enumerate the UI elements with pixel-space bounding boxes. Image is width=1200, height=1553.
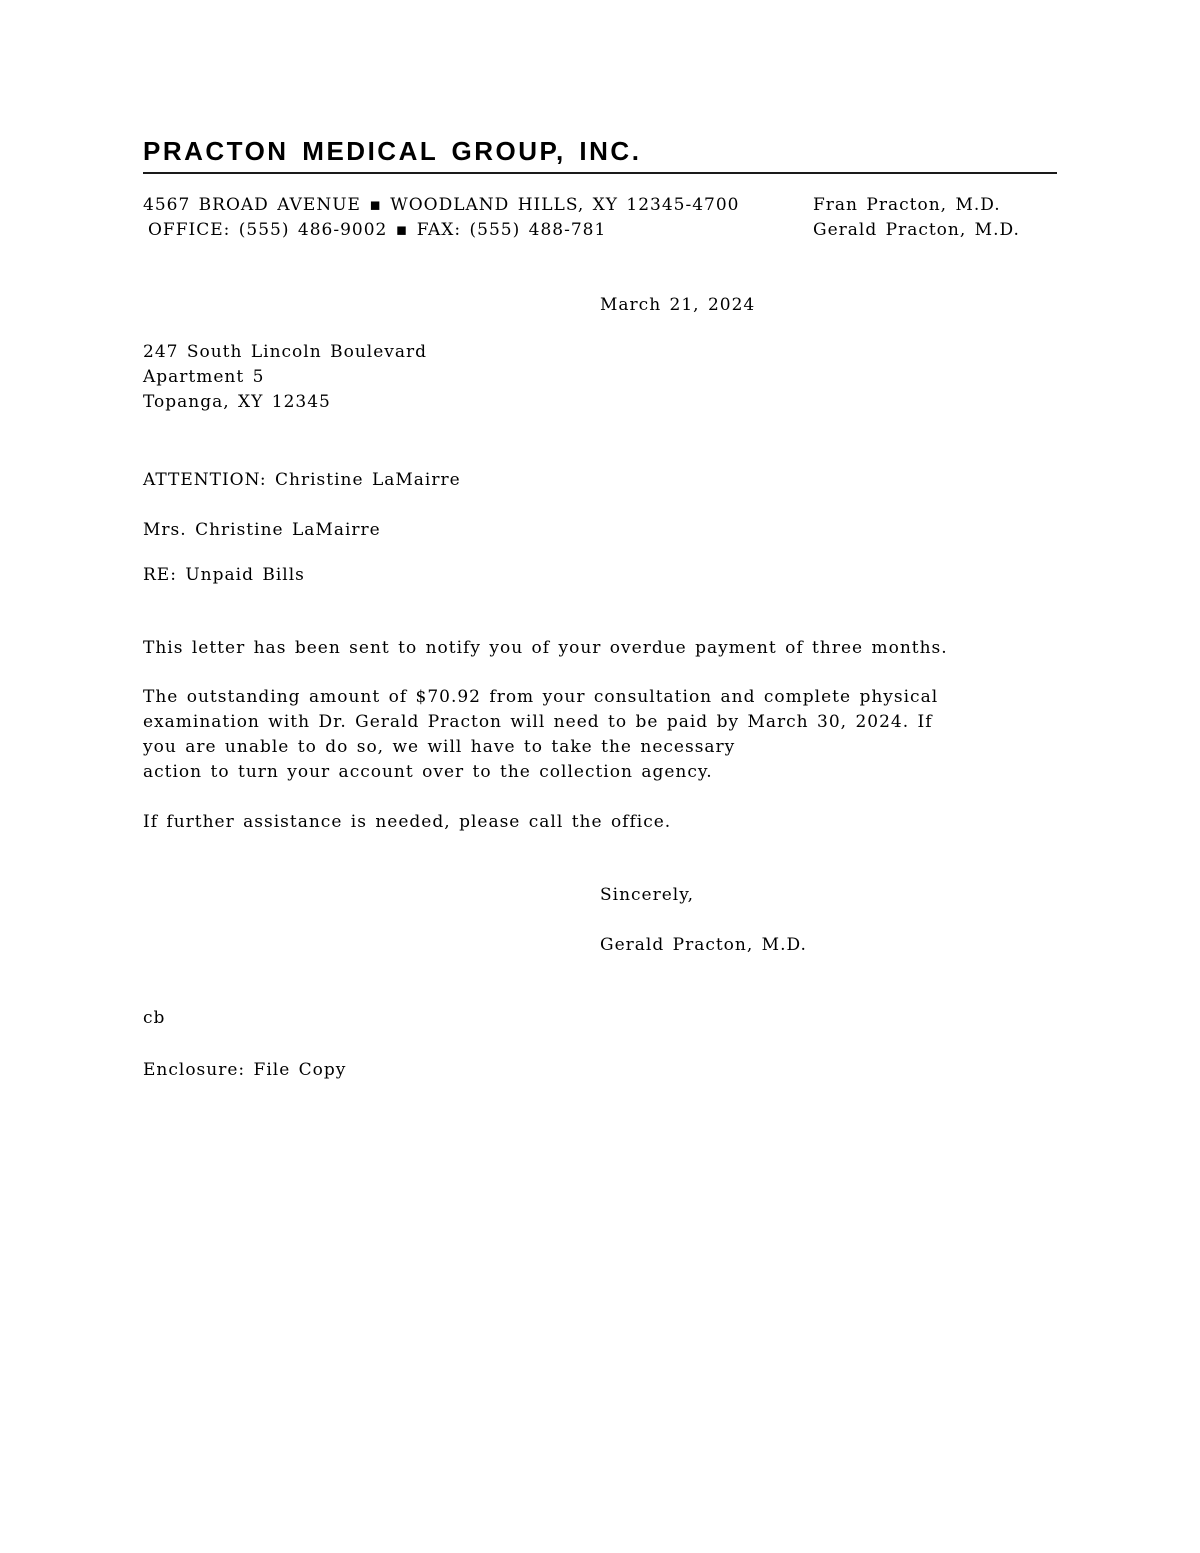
recipient-name-line: Mrs. Christine LaMairre bbox=[143, 518, 381, 543]
physician-name-1: Fran Practon, M.D. bbox=[813, 193, 1020, 218]
letter-date: March 21, 2024 bbox=[600, 293, 755, 318]
closing-line: Sincerely, bbox=[600, 883, 694, 908]
letterhead-physicians-block: Fran Practon, M.D. Gerald Practon, M.D. bbox=[813, 193, 1020, 243]
subject-line: RE: Unpaid Bills bbox=[143, 563, 305, 588]
body-paragraph-3: If further assistance is needed, please … bbox=[143, 810, 1063, 835]
body-paragraph-2: The outstanding amount of $70.92 from yo… bbox=[143, 685, 1063, 785]
body-paragraph-1: This letter has been sent to notify you … bbox=[143, 636, 1063, 661]
letterhead-company-name: PRACTON MEDICAL GROUP, INC. bbox=[143, 136, 641, 166]
letterhead-street-line: 4567 BROAD AVENUE ▪ WOODLAND HILLS, XY 1… bbox=[143, 193, 740, 218]
physician-name-2: Gerald Practon, M.D. bbox=[813, 218, 1020, 243]
reference-initials: cb bbox=[143, 1006, 165, 1031]
letterhead-address-block: 4567 BROAD AVENUE ▪ WOODLAND HILLS, XY 1… bbox=[143, 193, 740, 243]
letterhead-rule bbox=[143, 172, 1057, 174]
letterhead-phone-line: OFFICE: (555) 486-9002 ▪ FAX: (555) 488-… bbox=[143, 218, 740, 243]
attention-line: ATTENTION: Christine LaMairre bbox=[143, 468, 461, 493]
letter-page: PRACTON MEDICAL GROUP, INC. 4567 BROAD A… bbox=[0, 0, 1200, 1553]
signature-name: Gerald Practon, M.D. bbox=[600, 933, 807, 958]
recipient-address: 247 South Lincoln Boulevard Apartment 5 … bbox=[143, 340, 427, 415]
enclosure-line: Enclosure: File Copy bbox=[143, 1058, 346, 1083]
